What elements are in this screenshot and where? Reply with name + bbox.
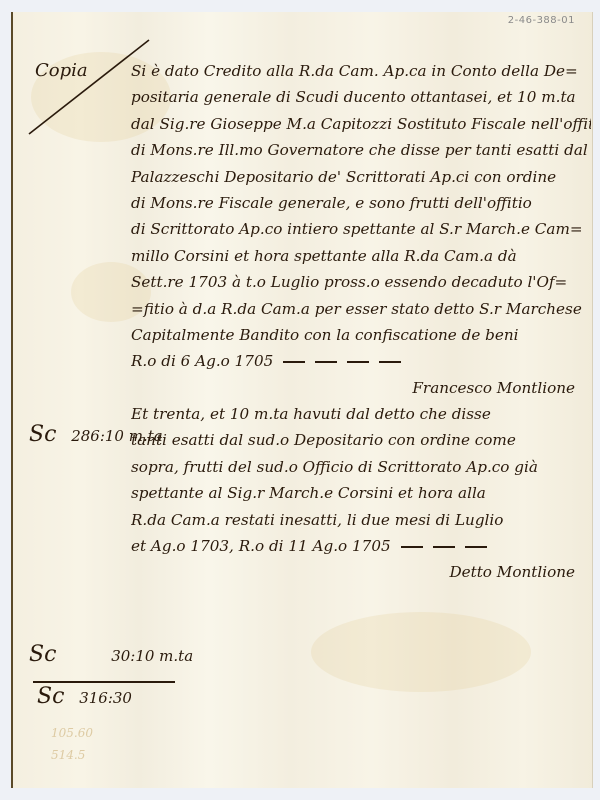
filler-dash bbox=[465, 546, 487, 548]
filler-dash bbox=[433, 546, 455, 548]
faint-note: 105.60 bbox=[51, 722, 93, 744]
date-line: R.o di 6 Ag.o 1705 bbox=[131, 352, 273, 370]
body-line: dal Sig.re Gioseppe M.a Capitozzi Sostit… bbox=[131, 111, 591, 137]
document-page: 2-46-388-01 Copia Si è dato Credito alla… bbox=[11, 12, 593, 788]
body-line: di Mons.re Ill.mo Governatore che disse … bbox=[131, 137, 591, 163]
body-line: Sett.re 1703 à t.o Luglio pross.o essend… bbox=[131, 269, 591, 295]
total-entry: Sc 316:30 bbox=[37, 684, 132, 709]
body-line: =fitio à d.a R.da Cam.a per esser stato … bbox=[131, 296, 591, 322]
signature-2: Detto Montlione bbox=[131, 559, 591, 585]
body-line: spettante al Sig.r March.e Corsini et ho… bbox=[131, 480, 591, 506]
margin-entry-1: Sc 286:10 m.ta bbox=[29, 422, 163, 447]
body-line: Et trenta, et 10 m.ta havuti dal detto c… bbox=[131, 401, 591, 427]
filler-dash bbox=[401, 546, 423, 548]
body-line: R.o di 6 Ag.o 1705 bbox=[131, 348, 591, 374]
body-line: Palazzeschi Depositario de' Scrittorati … bbox=[131, 164, 591, 190]
filler-dash bbox=[283, 361, 305, 363]
signature-1: Francesco Montlione bbox=[131, 375, 591, 401]
body-line: et Ag.o 1703, R.o di 11 Ag.o 1705 bbox=[131, 533, 591, 559]
margin-entry-2: Sc 30:10 m.ta bbox=[29, 642, 193, 667]
archive-id: 2-46-388-01 bbox=[508, 15, 575, 26]
body-line: millo Corsini et hora spettante alla R.d… bbox=[131, 243, 591, 269]
body-line: di Mons.re Fiscale generale, e sono frut… bbox=[131, 190, 591, 216]
body-line: Capitalmente Bandito con la confiscation… bbox=[131, 322, 591, 348]
body-line: R.da Cam.a restati inesatti, li due mesi… bbox=[131, 507, 591, 533]
body-line: sopra, frutti del sud.o Officio di Scrit… bbox=[131, 454, 591, 480]
faint-notes: 105.60 514.5 bbox=[51, 722, 93, 766]
date-line: et Ag.o 1703, R.o di 11 Ag.o 1705 bbox=[131, 537, 391, 555]
body-line: di Scrittorato Ap.co intiero spettante a… bbox=[131, 216, 591, 242]
faint-note: 514.5 bbox=[51, 744, 93, 766]
scudi-symbol-icon: Sc bbox=[29, 642, 56, 667]
filler-dash bbox=[347, 361, 369, 363]
paper-stain bbox=[311, 612, 531, 692]
document-body: Si è dato Credito alla R.da Cam. Ap.ca i… bbox=[131, 58, 591, 586]
body-line: positaria generale di Scudi ducento otta… bbox=[131, 84, 591, 110]
copia-heading: Copia bbox=[35, 60, 88, 81]
filler-dash bbox=[379, 361, 401, 363]
sum-rule bbox=[33, 681, 175, 683]
total-amount-value: 316:30 bbox=[79, 689, 132, 707]
margin-amount-value: 30:10 m.ta bbox=[111, 647, 193, 665]
scudi-symbol-icon: Sc bbox=[29, 422, 56, 447]
body-line: Si è dato Credito alla R.da Cam. Ap.ca i… bbox=[131, 58, 591, 84]
scudi-symbol-icon: Sc bbox=[37, 684, 64, 709]
body-line: tanti esatti dal sud.o Depositario con o… bbox=[131, 427, 591, 453]
filler-dash bbox=[315, 361, 337, 363]
margin-amount-value: 286:10 m.ta bbox=[71, 427, 163, 445]
